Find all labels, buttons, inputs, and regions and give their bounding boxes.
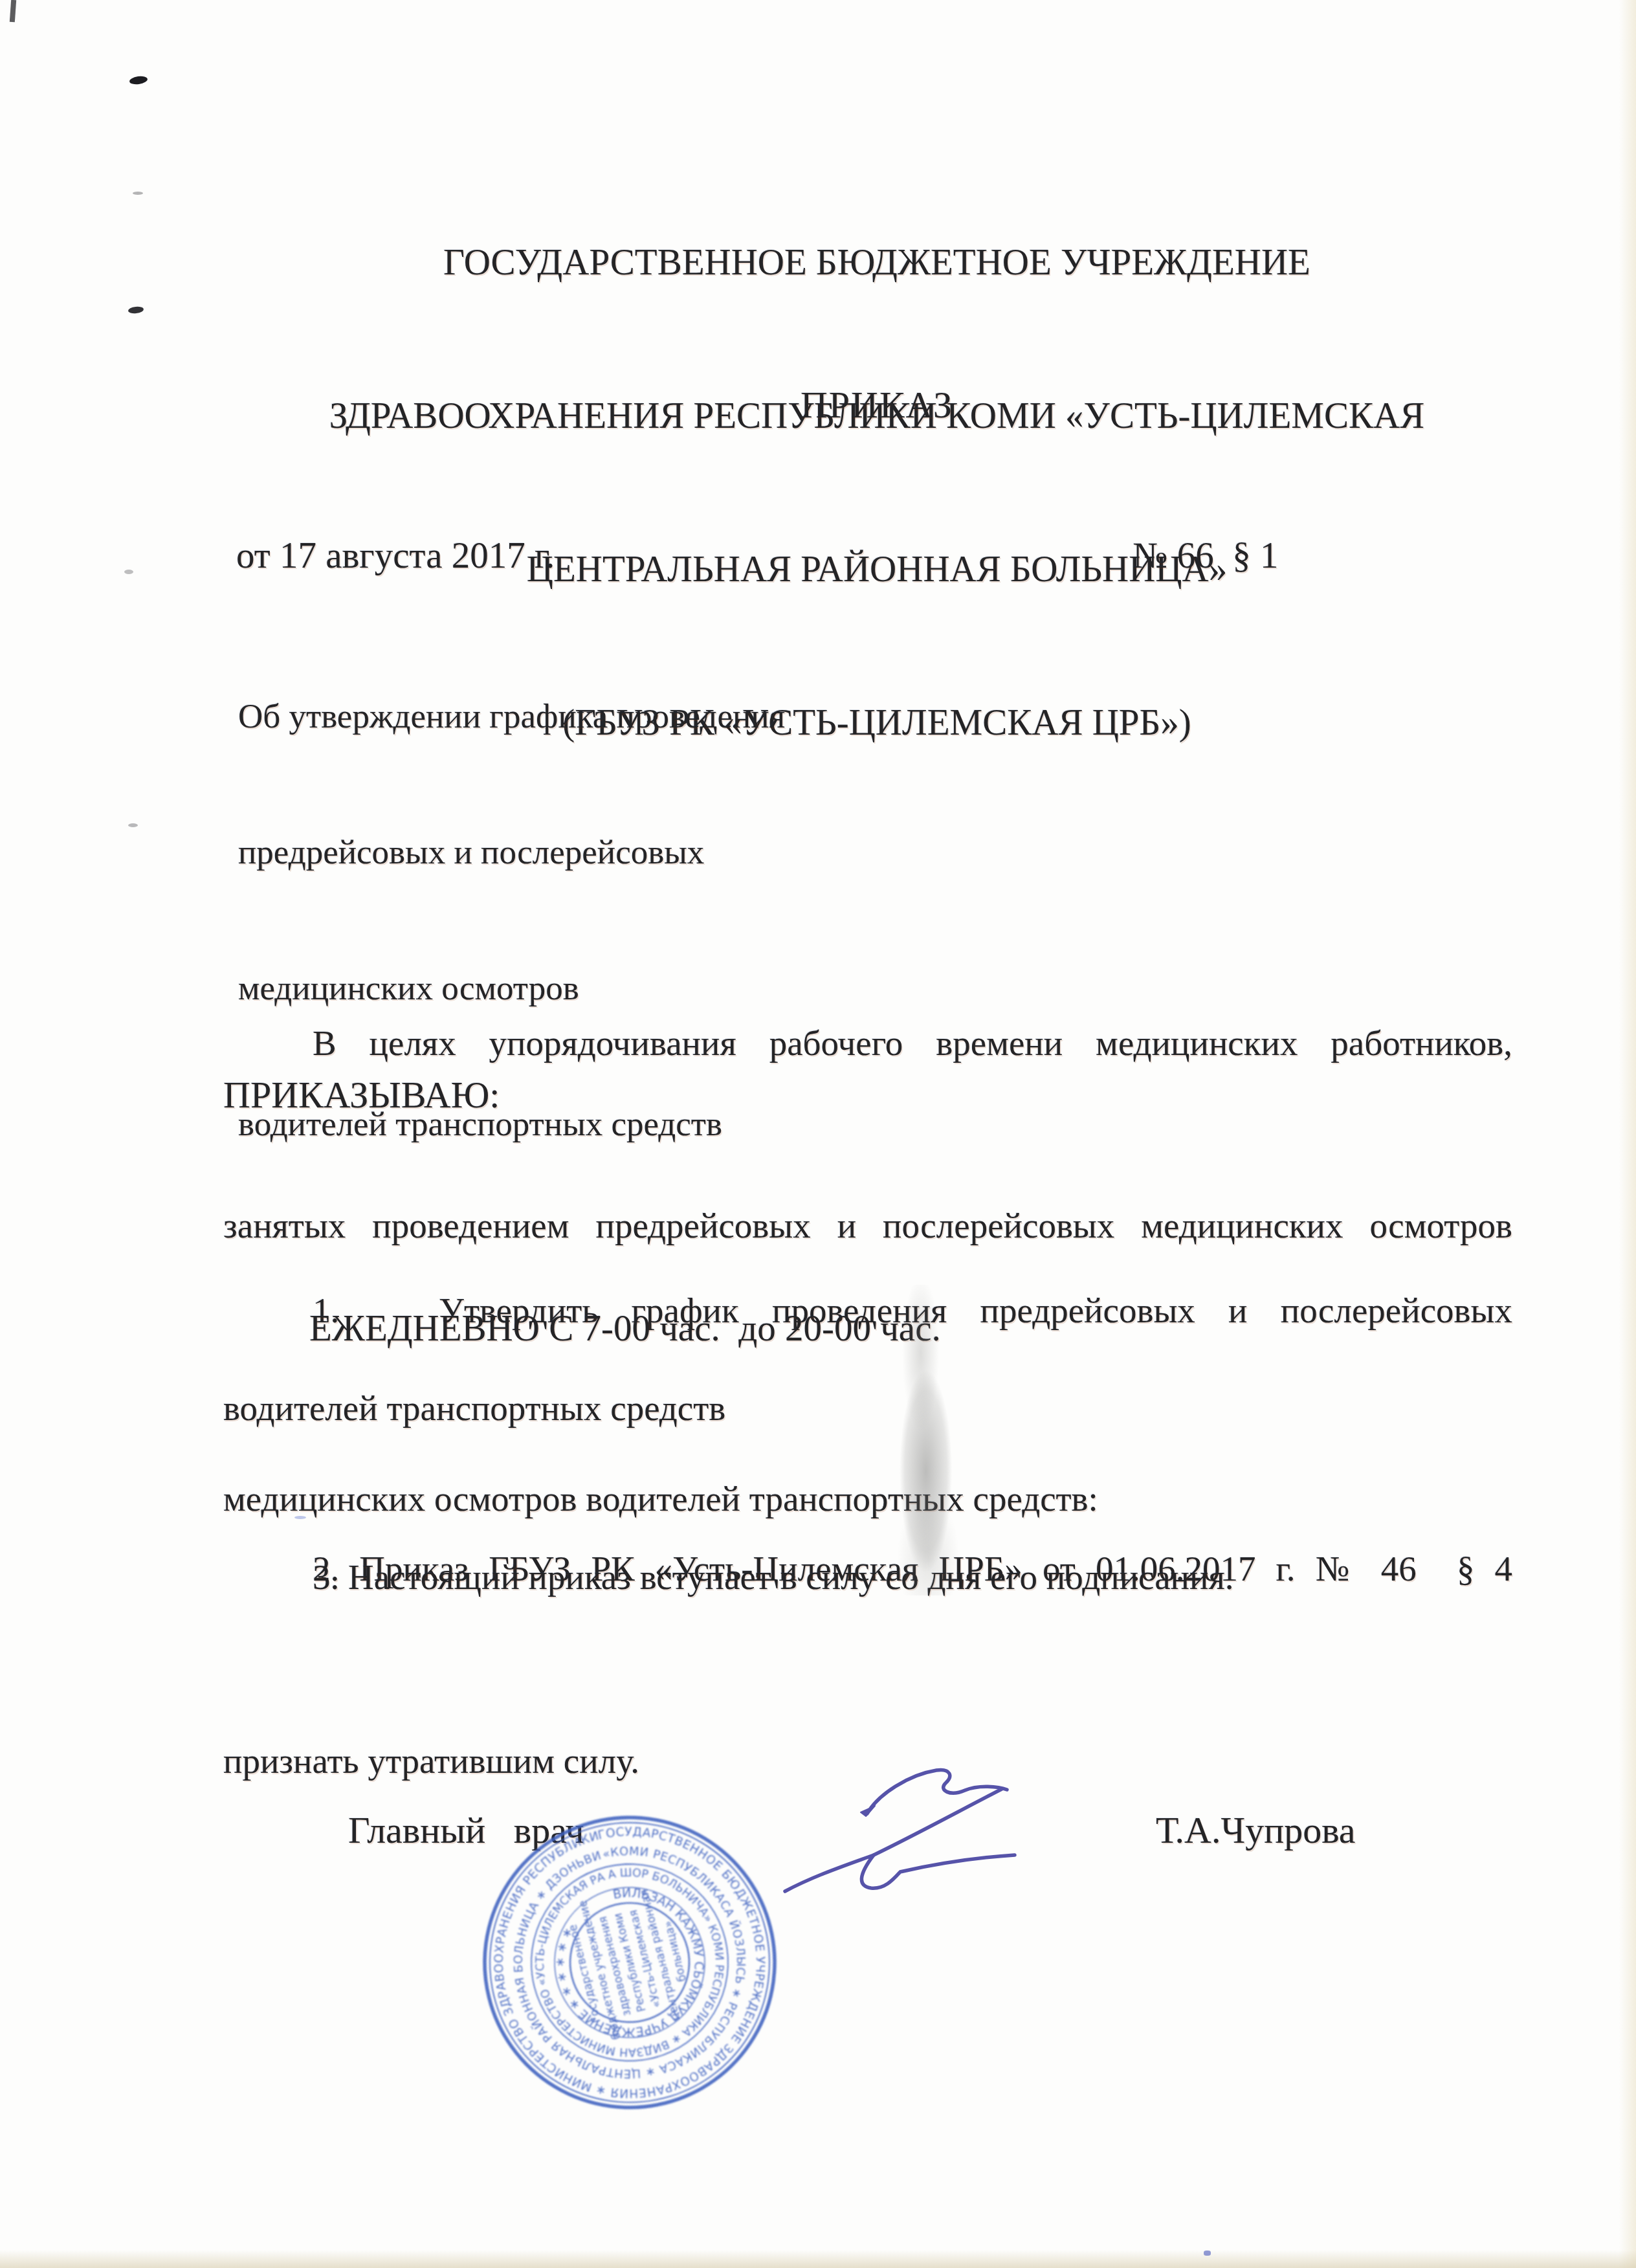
scan-speck-4 (124, 570, 133, 574)
scan-speck-5 (128, 823, 138, 827)
scan-smudge-artifact (881, 1285, 967, 1595)
item2-line-2: признать утратившим силу. (223, 1729, 1512, 1793)
order-item-3: 3. Настоящий приказ вступает в силу со д… (223, 1557, 1512, 1597)
order-number: № 66 § 1 (1133, 535, 1278, 577)
scan-right-edge-shade (1619, 0, 1636, 2268)
svg-text:здравоохранения: здравоохранения (597, 1915, 634, 2017)
order-date: от 17 августа 2017 г. (236, 535, 555, 577)
svg-text:Государственное: Государственное (567, 1923, 604, 2024)
scan-speck-2 (133, 192, 143, 195)
svg-text:Республики Коми: Республики Коми (612, 1911, 648, 2013)
scan-speck-3 (128, 306, 144, 314)
order-word: ПРИКАЗЫВАЮ: (223, 1073, 500, 1117)
scan-corner-mark (10, 0, 16, 22)
svg-text:«Усть-Цилемская: «Усть-Цилемская (627, 1908, 664, 2008)
document-title: ПРИКАЗ (230, 383, 1524, 427)
scan-speck-1 (129, 75, 148, 85)
scan-speck-faint-blue (294, 1516, 306, 1519)
preamble-line-1: В целях упорядочивания рабочего времени … (223, 1013, 1512, 1074)
signer-name: Т.А.Чупрова (1156, 1808, 1356, 1852)
svg-text:больница»: больница» (661, 1919, 689, 1983)
org-header-line-1: ГОСУДАРСТВЕННОЕ БЮДЖЕТНОЕ УЧРЕЖДЕНИЕ (230, 237, 1524, 288)
scan-speck-blue (1204, 2251, 1211, 2256)
signer-role: Главный врач (348, 1808, 584, 1852)
scan-bottom-edge-shade (0, 2250, 1636, 2268)
schedule-line: ЕЖЕДНЕВНО С 7-00 час. до 20-00 час. (309, 1307, 941, 1350)
subject-line-1: Об утверждении графика проведения (238, 694, 950, 739)
subject-line-2: предрейсовых и послерейсовых (238, 830, 950, 875)
scanned-order-document: ГОСУДАРСТВЕННОЕ БЮДЖЕТНОЕ УЧРЕЖДЕНИЕ ЗДР… (0, 0, 1636, 2268)
